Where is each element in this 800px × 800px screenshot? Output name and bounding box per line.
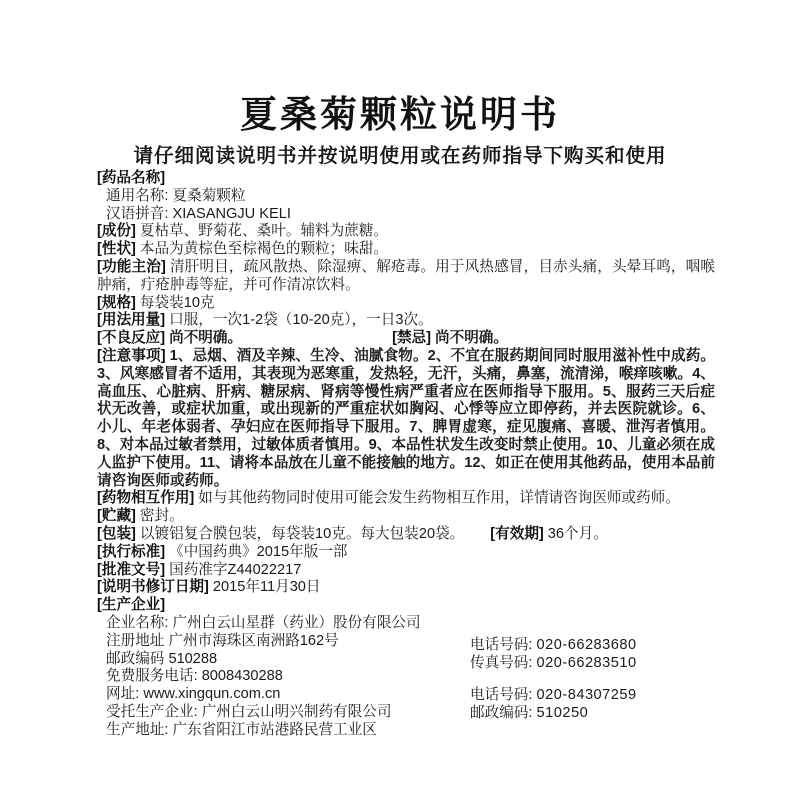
generic-name-value: 夏桑菊颗粒 — [173, 188, 246, 204]
validity-label: [有效期] — [490, 526, 544, 542]
indications-text: 清肝明目，疏风散热、除湿痹、解疮毒。用于风热感冒，目赤头痛，头晕耳鸣，咽喉肿痛，… — [97, 259, 715, 293]
section-adverse: [不良反应]尚不明确。 — [97, 330, 242, 348]
company-name-label: 企业名称: — [106, 615, 168, 631]
postcode2-label: 邮政编码: — [470, 705, 532, 721]
manufacturer-label: [生产企业] — [97, 597, 165, 613]
section-drug-name: [药品名称] — [97, 170, 715, 188]
document-title: 夏桑菊颗粒说明书 — [0, 84, 800, 138]
document-subtitle: 请仔细阅读说明书并按说明使用或在药师指导下购买和使用 — [0, 140, 800, 168]
phone1-label: 电话号码: — [470, 637, 532, 653]
section-precautions: [注意事项]1、忌烟、酒及辛辣、生冷、油腻食物。2、不宜在服药期间同时服用滋补性… — [97, 348, 715, 490]
fax-row: 传真号码: 020-66283510 — [470, 654, 637, 672]
revision-label: [说明书修订日期] — [97, 579, 209, 595]
adverse-contraindication-row: [不良反应]尚不明确。 [禁忌]尚不明确。 — [97, 330, 715, 348]
phone2-label: 电话号码: — [470, 687, 532, 703]
standard-label: [执行标准] — [97, 544, 165, 560]
postcode-label: 邮政编码 — [106, 651, 164, 667]
drug-name-label: [药品名称] — [97, 170, 165, 186]
fax-label: 传真号码: — [470, 655, 532, 671]
reg-address-value: 广州市海珠区南洲路162号 — [168, 633, 338, 649]
pinyin-row: 汉语拼音: XIASANGJU KELI — [97, 206, 715, 224]
dosage-label: [用法用量] — [97, 312, 165, 328]
description-text: 本品为黄棕色至棕褐色的颗粒；味甜。 — [140, 241, 388, 257]
storage-text: 密封。 — [140, 508, 184, 524]
section-description: [性状]本品为黄棕色至棕褐色的颗粒；味甜。 — [97, 241, 715, 259]
section-revision: [说明书修订日期]2015年11月30日 — [97, 579, 715, 597]
reg-address-label: 注册地址 — [106, 633, 164, 649]
drug-leaflet-page: 夏桑菊颗粒说明书 请仔细阅读说明书并按说明使用或在药师指导下购买和使用 [药品名… — [0, 0, 800, 800]
company-name-row: 企业名称: 广州白云山星群（药业）股份有限公司 — [97, 615, 715, 633]
revision-text: 2015年11月30日 — [213, 579, 321, 595]
package-text: 以镀铝复合膜包装，每袋装10克。每大包装20袋。 — [140, 526, 464, 542]
spec-label: [规格] — [97, 295, 136, 311]
section-dosage: [用法用量]口服，一次1-2袋（10-20克），一日3次。 — [97, 312, 715, 330]
entrusted-value: 广州白云山明兴制药有限公司 — [202, 704, 392, 720]
spec-text: 每袋装10克 — [140, 295, 215, 311]
package-label: [包装] — [97, 526, 136, 542]
interaction-label: [药物相互作用] — [97, 490, 194, 506]
storage-label: [贮藏] — [97, 508, 136, 524]
contact-gap — [470, 672, 637, 686]
phone2-value: 020-84307259 — [537, 687, 637, 703]
approval-label: [批准文号] — [97, 562, 165, 578]
postcode2-value: 510250 — [537, 705, 589, 721]
phone1-row: 电话号码: 020-66283680 — [470, 636, 637, 654]
prod-address-value: 广东省阳江市站港路民营工业区 — [173, 722, 377, 738]
section-standard: [执行标准]《中国药典》2015年版一部 — [97, 544, 715, 562]
ingredients-label: [成份] — [97, 223, 136, 239]
postcode-value: 510288 — [168, 651, 217, 667]
company-info-block: 企业名称: 广州白云山星群（药业）股份有限公司 注册地址 广州市海珠区南洲路16… — [97, 615, 715, 740]
entrusted-label: 受托生产企业: — [106, 704, 198, 720]
section-package: [包装]以镀铝复合膜包装，每袋装10克。每大包装20袋。[有效期]36个月。 — [97, 526, 715, 544]
approval-text: 国药准字Z44022217 — [169, 562, 301, 578]
free-service-value: 8008430288 — [202, 668, 283, 684]
contraindication-text: 尚不明确。 — [435, 330, 508, 346]
adverse-label: [不良反应] — [97, 330, 165, 346]
pinyin-value: XIASANGJU KELI — [173, 206, 291, 222]
section-interaction: [药物相互作用]如与其他药物同时使用可能会发生药物相互作用，详情请咨询医师或药师… — [97, 490, 715, 508]
description-label: [性状] — [97, 241, 136, 257]
section-ingredients: [成份]夏枯草、野菊花、桑叶。辅料为蔗糖。 — [97, 223, 715, 241]
section-storage: [贮藏]密封。 — [97, 508, 715, 526]
indications-label: [功能主治] — [97, 259, 166, 275]
fax-value: 020-66283510 — [537, 655, 637, 671]
generic-name-label: 通用名称: — [106, 188, 168, 204]
website-label: 网址: — [106, 686, 139, 702]
generic-name-row: 通用名称: 夏桑菊颗粒 — [97, 188, 715, 206]
leaflet-body: [药品名称] 通用名称: 夏桑菊颗粒 汉语拼音: XIASANGJU KELI … — [97, 170, 715, 740]
adverse-text: 尚不明确。 — [169, 330, 242, 346]
website-value: www.xingqun.com.cn — [143, 686, 280, 702]
section-indications: [功能主治]清肝明目，疏风散热、除湿痹、解疮毒。用于风热感冒，目赤头痛，头晕耳鸣… — [97, 259, 715, 295]
contraindication-label: [禁忌] — [392, 330, 431, 346]
postcode2-row: 邮政编码: 510250 — [470, 704, 637, 722]
precautions-text: 1、忌烟、酒及辛辣、生冷、油腻食物。2、不宜在服药期间同时服用滋补性中成药。3、… — [97, 348, 715, 489]
section-manufacturer: [生产企业] — [97, 597, 715, 615]
ingredients-text: 夏枯草、野菊花、桑叶。辅料为蔗糖。 — [140, 223, 388, 239]
phone1-value: 020-66283680 — [537, 637, 637, 653]
section-contraindication: [禁忌]尚不明确。 — [392, 330, 508, 348]
pinyin-label: 汉语拼音: — [106, 206, 168, 222]
free-service-label: 免费服务电话: — [106, 668, 198, 684]
section-approval: [批准文号]国药准字Z44022217 — [97, 562, 715, 580]
phone2-row: 电话号码: 020-84307259 — [470, 686, 637, 704]
precautions-label: [注意事项] — [97, 348, 166, 364]
prod-address-label: 生产地址: — [106, 722, 168, 738]
standard-text: 《中国药典》2015年版一部 — [169, 544, 347, 560]
contact-right-column: 电话号码: 020-66283680 传真号码: 020-66283510 电话… — [470, 636, 637, 722]
prod-address-row: 生产地址: 广东省阳江市站港路民营工业区 — [97, 722, 715, 740]
dosage-text: 口服，一次1-2袋（10-20克），一日3次。 — [169, 312, 433, 328]
company-name-value: 广州白云山星群（药业）股份有限公司 — [173, 615, 421, 631]
interaction-text: 如与其他药物同时使用可能会发生药物相互作用，详情请咨询医师或药师。 — [198, 490, 680, 506]
validity-text: 36个月。 — [548, 526, 608, 542]
section-spec: [规格]每袋装10克 — [97, 295, 715, 313]
